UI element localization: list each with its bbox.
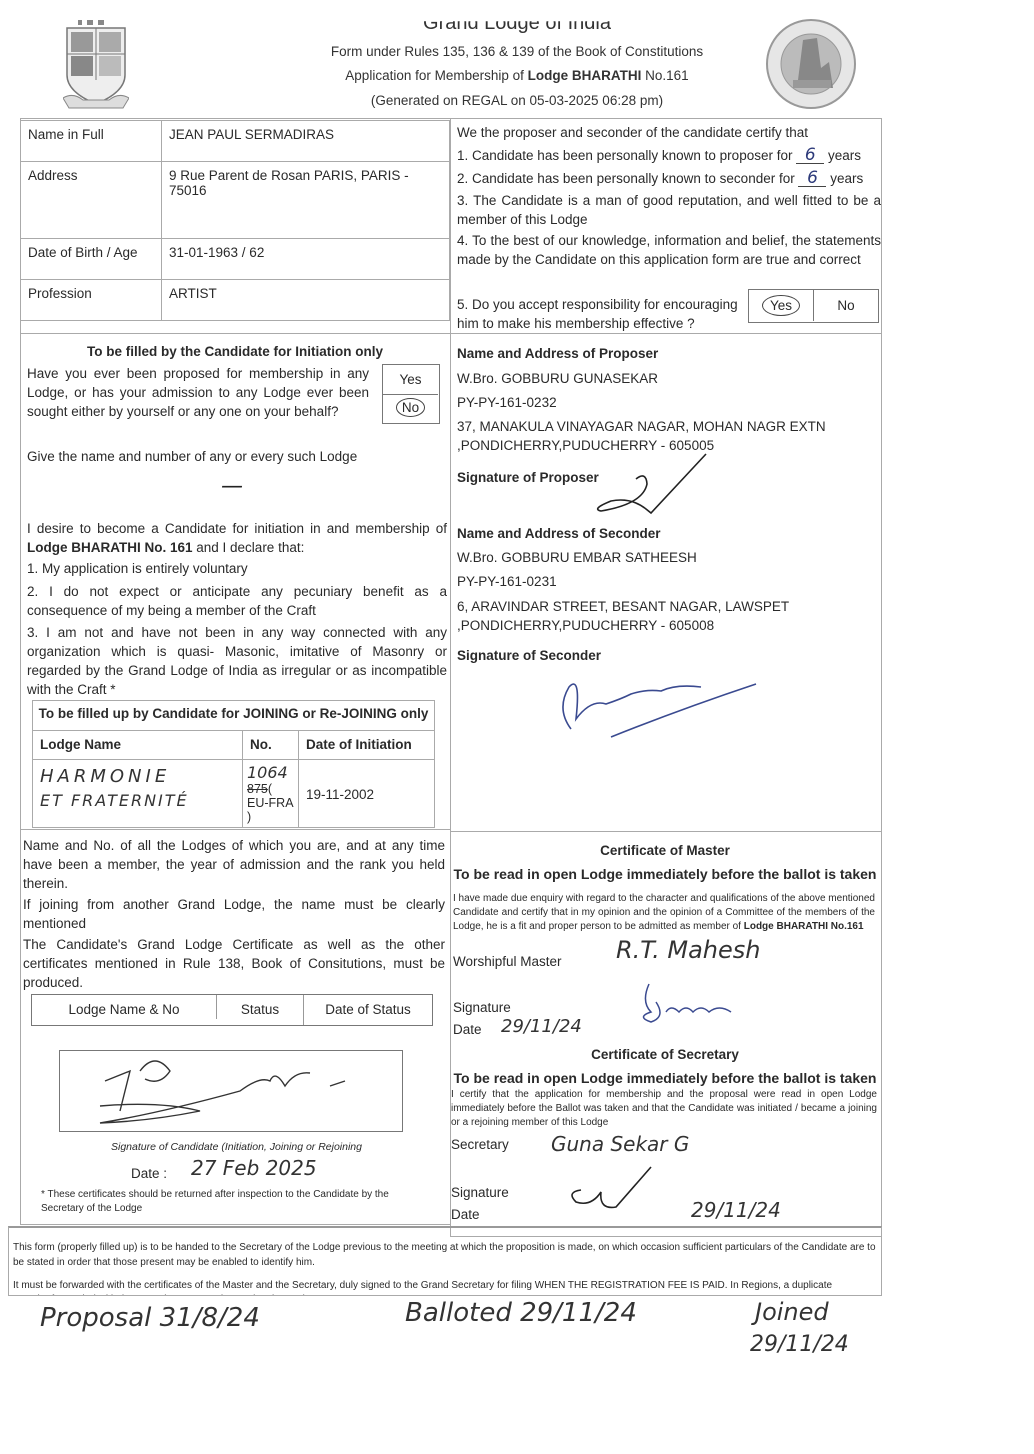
master-date-value[interactable]: 29/11/24 bbox=[501, 1016, 582, 1037]
secretary-label: Secretary bbox=[451, 1135, 509, 1154]
joining-table: To be filled up by Candidate for JOINING… bbox=[32, 700, 435, 828]
joining-row-no: 1064 875( EU-FRA ) bbox=[242, 759, 299, 828]
certificates-section: Certificate of Master To be read in open… bbox=[450, 831, 882, 1237]
initiation-question: Have you ever been proposed for membersh… bbox=[27, 364, 369, 421]
cert-item2: 2. Candidate has been personally known t… bbox=[457, 169, 877, 188]
seconder-name: W.Bro. GOBBURU EMBAR SATHEESH bbox=[457, 548, 697, 567]
lodges-p1: Name and No. of all the Lodges of which … bbox=[23, 836, 445, 893]
cert-intro: We the proposer and seconder of the cand… bbox=[457, 123, 877, 142]
outer-left-border bbox=[20, 118, 451, 334]
joining-row-date: 19-11-2002 bbox=[298, 759, 435, 828]
seconder-years-field[interactable]: 6 bbox=[798, 171, 826, 187]
seconder-signature-icon bbox=[551, 669, 771, 744]
wm-value[interactable]: R.T. Mahesh bbox=[616, 936, 760, 964]
master-title: Certificate of Master bbox=[451, 841, 879, 860]
joined-annotation: Joined bbox=[755, 1298, 829, 1326]
candidate-date-label: Date : bbox=[131, 1164, 167, 1183]
footer-p3: must be forwarded with the Annual Return… bbox=[13, 1292, 879, 1296]
cert-item4: 4. To the best of our knowledge, informa… bbox=[457, 231, 881, 269]
secretary-date-value[interactable]: 29/11/24 bbox=[691, 1198, 781, 1222]
seconder-address-2: ,PONDICHERRY,PUDUCHERRY - 605008 bbox=[457, 616, 714, 635]
master-subtitle: To be read in open Lodge immediately bef… bbox=[451, 866, 879, 882]
declaration-1: 1. My application is entirely voluntary bbox=[27, 559, 447, 578]
footer-notes: This form (properly filled up) is to be … bbox=[8, 1226, 882, 1296]
proposed-no-option[interactable]: No bbox=[383, 394, 438, 422]
lodges-p3: The Candidate's Grand Lodge Certificate … bbox=[23, 935, 445, 992]
col-lodge-name-no: Lodge Name & No bbox=[32, 995, 217, 1019]
certificates-footnote: * These certificates should be returned … bbox=[41, 1188, 421, 1216]
candidate-signature-box[interactable] bbox=[59, 1050, 403, 1132]
master-signature-label: Signature bbox=[453, 998, 511, 1017]
col-date-initiation: Date of Initiation bbox=[298, 730, 435, 760]
proposer-signature-icon bbox=[591, 449, 721, 524]
cert-item1: 1. Candidate has been personally known t… bbox=[457, 146, 877, 165]
footer-p2: It must be forwarded with the certificat… bbox=[13, 1278, 879, 1293]
generated-note: (Generated on REGAL on 05-03-2025 06:28 … bbox=[0, 93, 1034, 108]
signature-caption: Signature of Candidate (Initiation, Join… bbox=[21, 1141, 452, 1153]
seconder-signature-label: Signature of Seconder bbox=[457, 646, 601, 665]
seconder-id: PY-PY-161-0231 bbox=[457, 572, 557, 591]
proposer-address-1: 37, MANAKULA VINAYAGAR NAGAR, MOHAN NAGR… bbox=[457, 417, 826, 436]
col-lodge-name: Lodge Name bbox=[32, 730, 243, 760]
secretary-title: Certificate of Secretary bbox=[451, 1045, 879, 1064]
proposer-id: PY-PY-161-0232 bbox=[457, 393, 557, 412]
proposer-seconder-section: Name and Address of Proposer W.Bro. GOBB… bbox=[450, 333, 882, 832]
candidate-signature-icon bbox=[60, 1051, 400, 1131]
joining-row-lodge-name: HARMONIE ET FRATERNITÉ bbox=[32, 759, 243, 828]
proposer-signature-label: Signature of Proposer bbox=[457, 468, 599, 487]
proposed-before-choice: Yes No bbox=[382, 364, 440, 424]
lodges-table-header: Lodge Name & No Status Date of Status bbox=[31, 994, 433, 1026]
org-title: Grand Lodge of India bbox=[0, 12, 1034, 35]
yes-option[interactable]: Yes bbox=[749, 290, 814, 321]
proposed-yes-option[interactable]: Yes bbox=[383, 365, 438, 395]
accept-responsibility-choice: Yes No bbox=[748, 289, 879, 323]
proposal-annotation: Proposal 31/8/24 bbox=[40, 1303, 260, 1333]
give-name-value[interactable]: — bbox=[221, 474, 243, 499]
declaration-2: 2. I do not expect or anticipate any pec… bbox=[27, 582, 447, 620]
lodges-section: Name and No. of all the Lodges of which … bbox=[20, 829, 451, 1225]
secretary-body: I certify that the application for membe… bbox=[451, 1088, 877, 1130]
proposer-heading: Name and Address of Proposer bbox=[457, 344, 658, 363]
joining-title: To be filled up by Candidate for JOINING… bbox=[32, 700, 435, 731]
crest-logo-icon bbox=[63, 20, 129, 112]
initiation-section: To be filled by the Candidate for Initia… bbox=[20, 333, 451, 830]
col-status: Status bbox=[217, 995, 304, 1025]
master-signature-icon bbox=[631, 982, 781, 1037]
col-no: No. bbox=[242, 730, 299, 760]
seconder-heading: Name and Address of Seconder bbox=[457, 524, 661, 543]
master-date-label: Date bbox=[453, 1020, 482, 1039]
document-header: Grand Lodge of India Form under Rules 13… bbox=[0, 0, 1034, 115]
declaration-3: 3. I am not and have not been in any way… bbox=[27, 623, 447, 699]
declaration-intro: I desire to become a Candidate for initi… bbox=[27, 519, 447, 557]
form-rules: Form under Rules 135, 136 & 139 of the B… bbox=[0, 44, 1034, 59]
cert-item3: 3. The Candidate is a man of good reputa… bbox=[457, 191, 881, 229]
secretary-value[interactable]: Guna Sekar G bbox=[551, 1132, 689, 1156]
secretary-signature-icon bbox=[561, 1162, 671, 1217]
application-title: Application for Membership of Lodge BHAR… bbox=[0, 68, 1034, 83]
no-option[interactable]: No bbox=[814, 290, 878, 321]
footer-p1: This form (properly filled up) is to be … bbox=[13, 1240, 879, 1270]
initiation-title: To be filled by the Candidate for Initia… bbox=[21, 342, 449, 361]
wm-label: Worshipful Master bbox=[453, 952, 562, 971]
joined-date-annotation: 29/11/24 bbox=[750, 1332, 849, 1357]
cert-item5: 5. Do you accept responsibility for enco… bbox=[457, 295, 747, 333]
candidate-date-value[interactable]: 27 Feb 2025 bbox=[191, 1156, 317, 1180]
lodges-p2: If joining from another Grand Lodge, the… bbox=[23, 895, 445, 933]
col-date-of-status: Date of Status bbox=[304, 995, 432, 1025]
give-name-label: Give the name and number of any or every… bbox=[27, 447, 427, 466]
certification-section: We the proposer and seconder of the cand… bbox=[450, 118, 882, 334]
proposer-name: W.Bro. GOBBURU GUNASEKAR bbox=[457, 369, 658, 388]
secretary-signature-label: Signature bbox=[451, 1183, 509, 1202]
master-body: I have made due enquiry with regard to t… bbox=[453, 892, 875, 934]
proposer-years-field[interactable]: 6 bbox=[796, 148, 824, 164]
secretary-date-label: Date bbox=[451, 1205, 480, 1224]
secretary-subtitle: To be read in open Lodge immediately bef… bbox=[451, 1070, 879, 1086]
seconder-address-1: 6, ARAVINDAR STREET, BESANT NAGAR, LAWSP… bbox=[457, 597, 789, 616]
regional-seal-icon bbox=[757, 18, 865, 110]
balloted-annotation: Balloted 29/11/24 bbox=[405, 1298, 637, 1328]
